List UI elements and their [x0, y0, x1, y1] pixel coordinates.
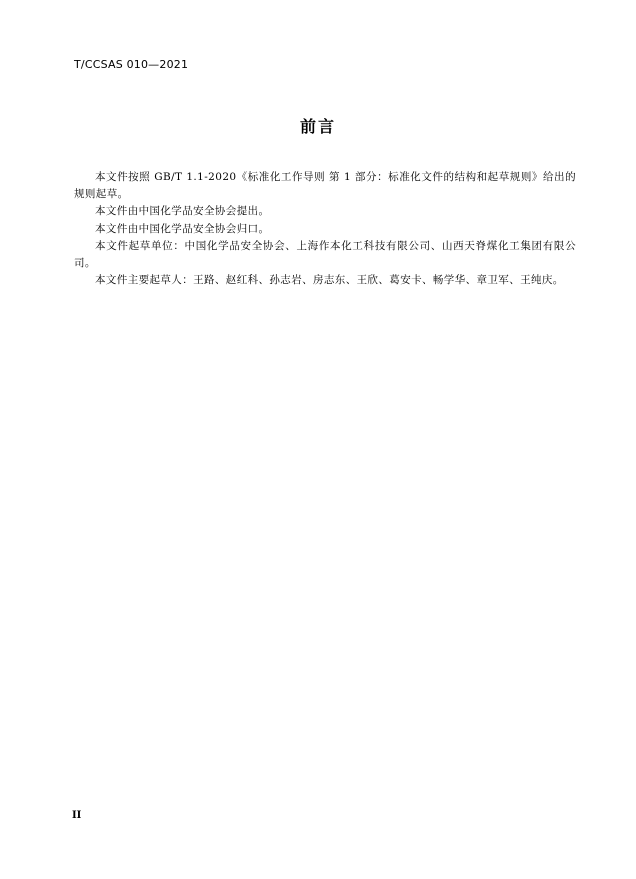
document-code: T/CCSAS 010—2021	[74, 58, 188, 71]
paragraph-drafting-units: 本文件起草单位：中国化学品安全协会、上海作本化工科技有限公司、山西天脊煤化工集团…	[74, 238, 576, 272]
paragraph-administrator: 本文件由中国化学品安全协会归口。	[74, 221, 576, 238]
page-number: II	[72, 810, 81, 821]
foreword-body: 本文件按照 GB/T 1.1-2020《标准化工作导则 第 1 部分：标准化文件…	[74, 169, 576, 289]
paragraph-drafting-rules: 本文件按照 GB/T 1.1-2020《标准化工作导则 第 1 部分：标准化文件…	[74, 169, 576, 203]
page-title: 前言	[0, 114, 636, 137]
paragraph-drafters: 本文件主要起草人：王路、赵红科、孙志岩、房志东、王欣、葛安卡、畅学华、章卫军、王…	[74, 272, 576, 289]
document-page: T/CCSAS 010—2021 前言 本文件按照 GB/T 1.1-2020《…	[0, 0, 636, 879]
paragraph-proposer: 本文件由中国化学品安全协会提出。	[74, 203, 576, 220]
